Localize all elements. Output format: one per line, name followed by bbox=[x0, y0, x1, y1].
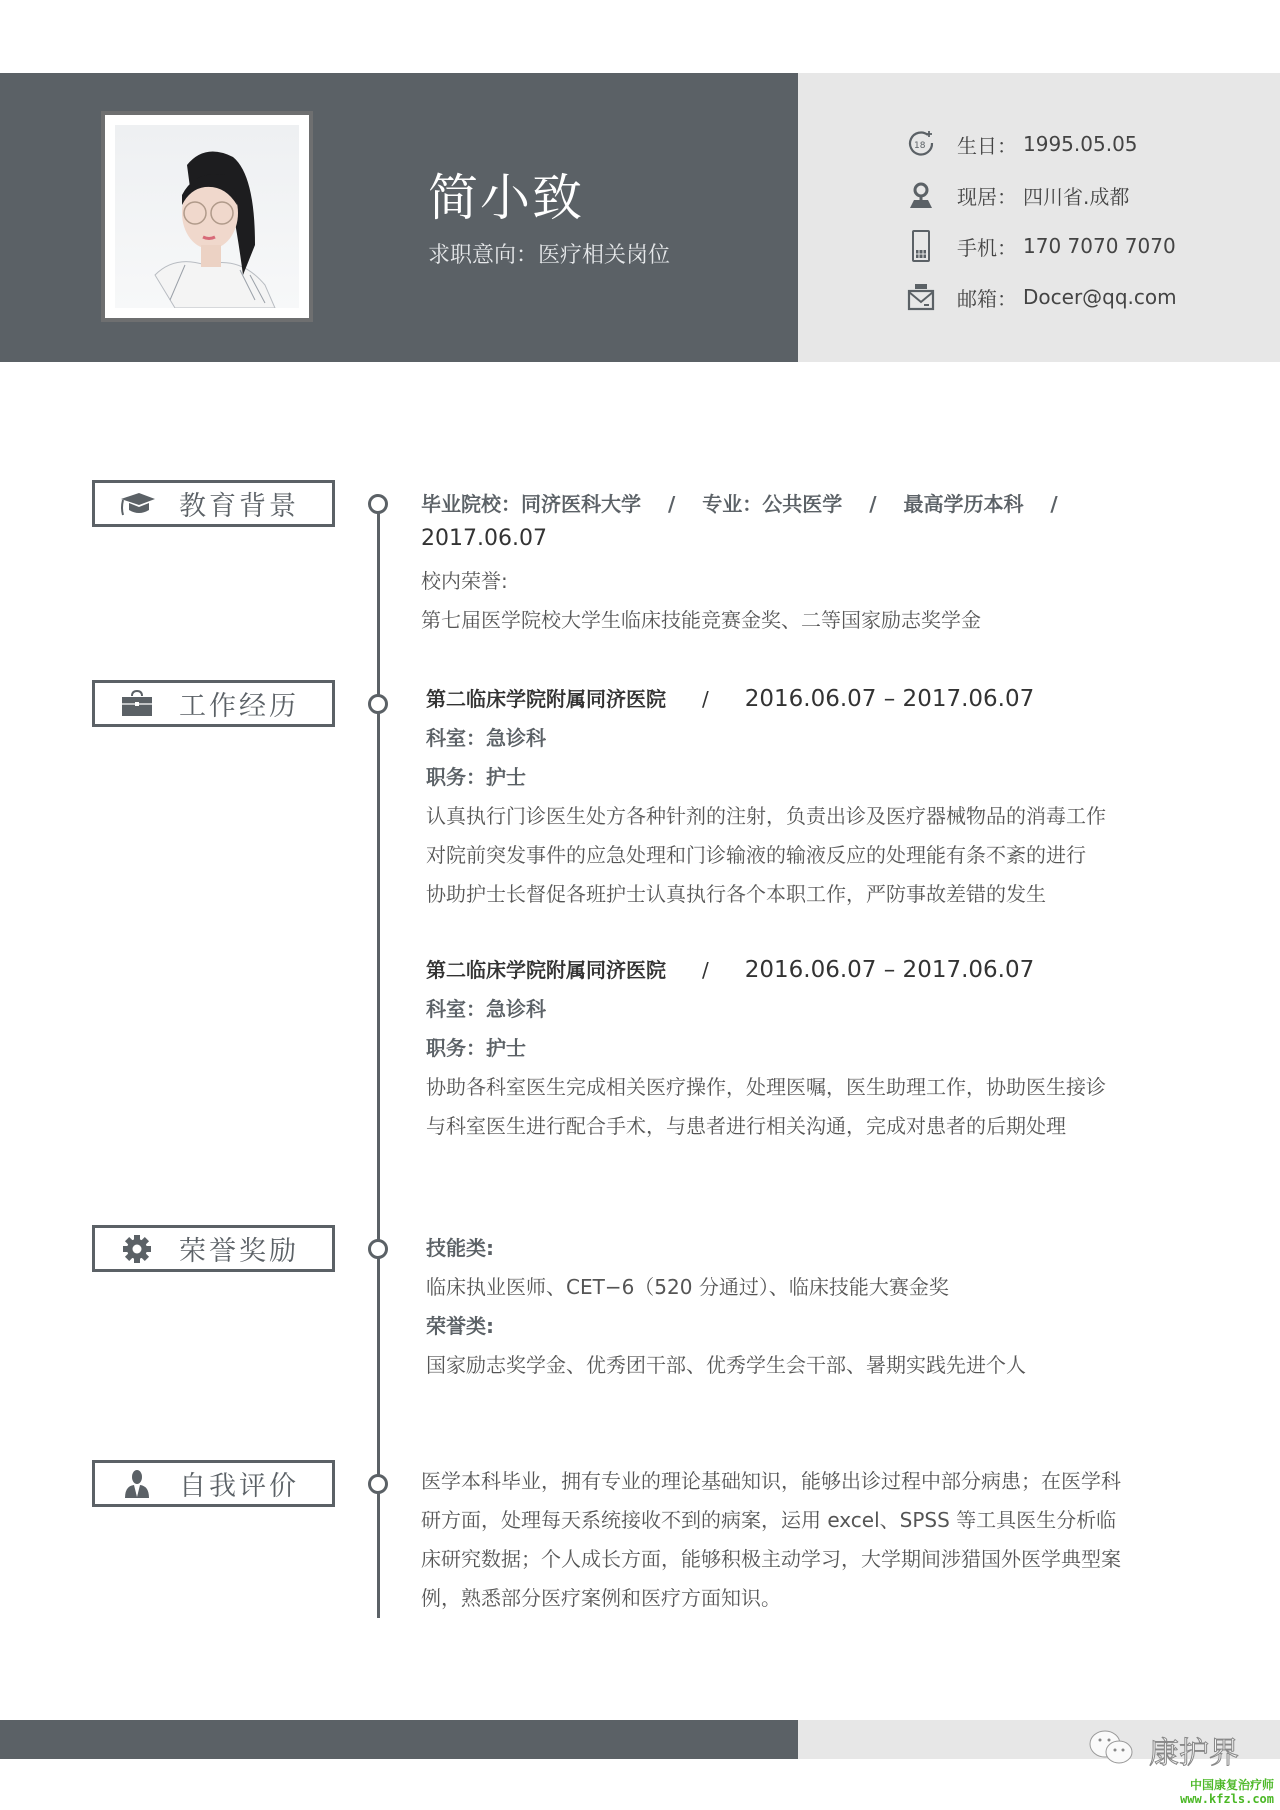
timeline-line bbox=[377, 500, 380, 1618]
education-honors-label: 校内荣誉: bbox=[421, 565, 508, 594]
job-intent: 求职意向：医疗相关岗位 bbox=[428, 238, 670, 269]
person-icon bbox=[117, 1468, 157, 1500]
section-header-work: 工作经历 bbox=[92, 680, 335, 727]
section-title-education: 教育背景 bbox=[179, 484, 299, 523]
skill-label: 技能类: bbox=[426, 1232, 494, 1261]
mobile-phone-icon bbox=[905, 230, 937, 262]
job-1-dept: 科室：急诊科 bbox=[426, 722, 546, 751]
skill-text: 临床执业医师、CET−6（520 分通过）、临床技能大赛金奖 bbox=[426, 1271, 949, 1300]
footer-dark-bar bbox=[0, 1720, 798, 1759]
honor-label: 荣誉类: bbox=[426, 1310, 494, 1339]
job-2-org: 第二临床学院附属同济医院 bbox=[426, 954, 666, 983]
section-title-work: 工作经历 bbox=[179, 684, 299, 723]
profile-photo-frame bbox=[101, 111, 313, 322]
info-location: 现居： 四川省.成都 bbox=[905, 178, 1129, 212]
self-eval-line: 研方面，处理每天系统接收不到的病案，运用 excel、SPSS 等工具医生分析临 bbox=[421, 1504, 1116, 1533]
self-eval-line: 医学本科毕业，拥有专业的理论基础知识，能够出诊过程中部分病患；在医学科 bbox=[421, 1465, 1121, 1494]
job-2-role: 职务：护士 bbox=[426, 1032, 526, 1061]
svg-text:18: 18 bbox=[914, 141, 926, 151]
education-summary: 毕业院校：同济医科大学 / 专业：公共医学 / 最高学历本科 / bbox=[421, 488, 1058, 517]
mail-icon bbox=[905, 281, 937, 313]
education-date: 2017.06.07 bbox=[421, 526, 547, 551]
watermark-brand: 康护界 bbox=[1085, 1728, 1239, 1772]
graduation-cap-icon bbox=[117, 488, 157, 520]
watermark-text: 康护界 bbox=[1149, 1728, 1239, 1772]
phone-value: 170 7070 7070 bbox=[1023, 234, 1176, 258]
job-1-heading: 第二临床学院附属同济医院 / 2016.06.07 – 2017.06.07 bbox=[426, 683, 1034, 712]
info-birthday: 18 生日： 1995.05.05 bbox=[905, 127, 1138, 161]
job-2-dates: 2016.06.07 – 2017.06.07 bbox=[745, 957, 1035, 983]
info-email: 邮箱： Docer@qq.com bbox=[905, 280, 1177, 314]
section-header-awards: 荣誉奖励 bbox=[92, 1225, 335, 1272]
job-1-role: 职务：护士 bbox=[426, 761, 526, 790]
timeline-node-work bbox=[368, 694, 388, 714]
timeline-node-awards bbox=[368, 1239, 388, 1259]
job-2-duty: 与科室医生进行配合手术，与患者进行相关沟通，完成对患者的后期处理 bbox=[426, 1110, 1066, 1139]
section-title-self: 自我评价 bbox=[179, 1464, 299, 1503]
header-light-panel bbox=[798, 73, 1280, 362]
job-1-duty: 协助护士长督促各班护士认真执行各个本职工作，严防事故差错的发生 bbox=[426, 878, 1046, 907]
birthday-value: 1995.05.05 bbox=[1023, 132, 1138, 156]
watermark-site: 中国康复治疗师 www.kfzls.com bbox=[1180, 1778, 1274, 1806]
section-header-education: 教育背景 bbox=[92, 480, 335, 527]
section-header-self: 自我评价 bbox=[92, 1460, 335, 1507]
gear-icon bbox=[117, 1233, 157, 1265]
self-eval-line: 例，熟悉部分医疗案例和医疗方面知识。 bbox=[421, 1582, 781, 1611]
job-1-duty: 对院前突发事件的应急处理和门诊输液的输液反应的处理能有条不紊的进行 bbox=[426, 839, 1086, 868]
education-honors: 第七届医学院校大学生临床技能竞赛金奖、二等国家励志奖学金 bbox=[421, 604, 981, 633]
timeline-node-self bbox=[368, 1474, 388, 1494]
section-title-awards: 荣誉奖励 bbox=[179, 1229, 299, 1268]
age-18-icon: 18 bbox=[905, 128, 937, 160]
email-value: Docer@qq.com bbox=[1023, 285, 1177, 309]
briefcase-icon bbox=[117, 688, 157, 720]
profile-photo bbox=[115, 125, 299, 308]
job-1-dates: 2016.06.07 – 2017.06.07 bbox=[745, 686, 1035, 712]
job-2-dept: 科室：急诊科 bbox=[426, 993, 546, 1022]
wechat-icon bbox=[1085, 1728, 1141, 1772]
job-2-duty: 协助各科室医生完成相关医疗操作，处理医嘱，医生助理工作，协助医生接诊 bbox=[426, 1071, 1106, 1100]
honor-text: 国家励志奖学金、优秀团干部、优秀学生会干部、暑期实践先进个人 bbox=[426, 1349, 1026, 1378]
job-2-heading: 第二临床学院附属同济医院 / 2016.06.07 – 2017.06.07 bbox=[426, 954, 1034, 983]
timeline-node-education bbox=[368, 494, 388, 514]
job-1-org: 第二临床学院附属同济医院 bbox=[426, 683, 666, 712]
self-eval-line: 床研究数据；个人成长方面，能够积极主动学习，大学期间涉猎国外医学典型案 bbox=[421, 1543, 1121, 1572]
candidate-name: 简小致 bbox=[428, 158, 584, 230]
location-value: 四川省.成都 bbox=[1023, 181, 1129, 210]
info-phone: 手机： 170 7070 7070 bbox=[905, 229, 1176, 263]
job-1-duty: 认真执行门诊医生处方各种针剂的注射，负责出诊及医疗器械物品的消毒工作 bbox=[426, 800, 1106, 829]
location-pin-icon bbox=[905, 179, 937, 211]
